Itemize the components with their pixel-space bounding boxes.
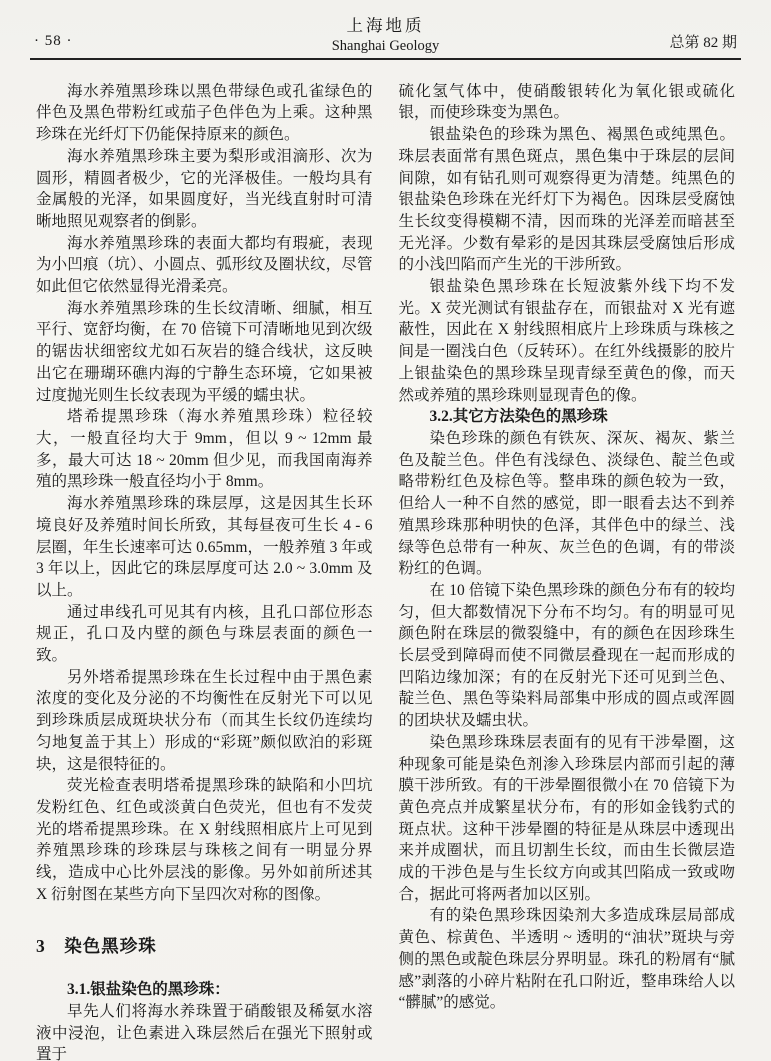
right-column: 硫化氢气体中，使硝酸银转化为氧化银或硫化银，而使珍珠变为黑色。 银盐染色的珍珠为… [399,81,736,1061]
page-header: · 58 · 上海地质 Shanghai Geology 总第 82 期 [30,16,741,55]
journal-page-scan: · 58 · 上海地质 Shanghai Geology 总第 82 期 海水养… [0,0,771,1061]
page-number: · 58 · [34,21,164,50]
paragraph: 染色珍珠的颜色有铁灰、深灰、褐灰、紫兰色及靛兰色。伴色有浅绿色、淡绿色、靛兰色或… [399,428,736,580]
paragraph: 银盐染色的珍珠为黑色、褐黑色或纯黑色。珠层表面常有黑色斑点，黑色集中于珠层的层间… [399,124,736,276]
left-column: 海水养殖黑珍珠以黑色带绿色或孔雀绿色的伴色及黑色带粉红或茄子色伴色为上乘。这种黑… [36,81,373,1061]
header-divider [30,58,741,60]
subsection-heading-silver-salt: 3.1.银盐染色的黑珍珠： [36,979,373,1001]
paragraph: 银盐染色黑珍珠在长短波紫外线下均不发光。X 荧光测试有银盐存在，而银盐对 X 光… [399,276,736,406]
paragraph: 早先人们将海水养珠置于硝酸银及稀氨水溶液中浸泡，让色素进入珠层然后在强光下照射或… [36,1001,373,1061]
journal-title-cn: 上海地质 [164,16,607,37]
paragraph: 荧光检查表明塔希提黑珍珠的缺陷和小凹坑发粉红色、红色或淡黄白色荧光，但也有不发荧… [36,775,373,905]
paragraph: 塔希提黑珍珠（海水养殖黑珍珠）粒径较大，一般直径均大于 9mm，但以 9 ~ 1… [36,406,373,493]
paragraph: 另外塔希提黑珍珠在生长过程中由于黑色素浓度的变化及分泌的不均衡性在反射光下可以见… [36,667,373,776]
paragraph: 通过串线孔可见其有内核，且孔口部位形态规正，孔口及内壁的颜色与珠层表面的颜色一致… [36,602,373,667]
article-body: 海水养殖黑珍珠以黑色带绿色或孔雀绿色的伴色及黑色带粉红或茄子色伴色为上乘。这种黑… [30,81,741,1061]
paragraph: 海水养殖黑珍珠的珠层厚，这是因其生长环境良好及养殖时间长所致，其每昼夜可生长 4… [36,493,373,602]
paragraph: 在 10 倍镜下染色黑珍珠的颜色分布有的较均匀，但大都数情况下分布不均匀。有的明… [399,580,736,732]
paragraph: 海水养殖黑珍珠的生长纹清晰、细腻，相互平行、宽舒均衡，在 70 倍镜下可清晰地见… [36,298,373,407]
journal-title: 上海地质 Shanghai Geology [164,16,607,55]
journal-title-en: Shanghai Geology [164,37,607,55]
paragraph: 海水养殖黑珍珠的表面大都均有瑕疵，表现为小凹痕（坑）、小圆点、弧形纹及圈状纹，尽… [36,233,373,298]
issue-number: 总第 82 期 [607,19,737,52]
section-heading-dyed-black-pearls: 3 染色黑珍珠 [36,936,373,958]
paragraph: 海水养殖黑珍珠以黑色带绿色或孔雀绿色的伴色及黑色带粉红或茄子色伴色为上乘。这种黑… [36,81,373,146]
paragraph: 有的染色黑珍珠因染剂大多造成珠层局部成黄色、棕黄色、半透明 ~ 透明的“油状”斑… [399,905,736,1014]
paragraph: 海水养殖黑珍珠主要为梨形或泪滴形、次为圆形，精圆者极少，它的光泽极佳。一般均具有… [36,146,373,233]
paragraph-continuation: 硫化氢气体中，使硝酸银转化为氧化银或硫化银，而使珍珠变为黑色。 [399,81,736,124]
subsection-heading-other-methods: 3.2.其它方法染色的黑珍珠 [399,406,736,428]
paragraph: 染色黑珍珠珠层表面有的见有干涉晕圈，这种现象可能是染色剂渗入珍珠层内部而引起的薄… [399,732,736,906]
